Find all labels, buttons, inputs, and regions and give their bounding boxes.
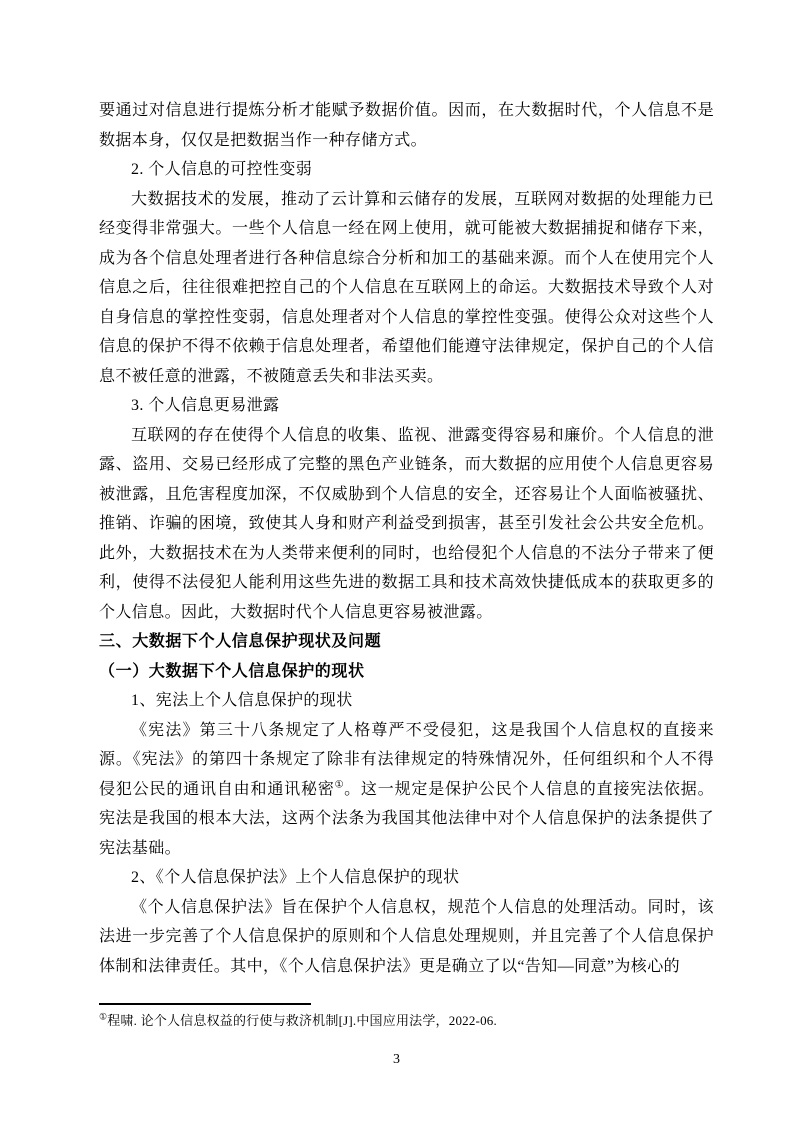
heading-section-three: 三、大数据下个人信息保护现状及问题 bbox=[99, 627, 714, 657]
paragraph-controllability: 大数据技术的发展，推动了云计算和云储存的发展，互联网对数据的处理能力已经变得非常… bbox=[99, 185, 714, 392]
heading-constitution-status: 1、宪法上个人信息保护的现状 bbox=[99, 686, 714, 716]
document-body: 要通过对信息进行提炼分析才能赋予数据价值。因而，在大数据时代，个人信息不是数据本… bbox=[99, 96, 714, 981]
heading-controllability-weakened: 2. 个人信息的可控性变弱 bbox=[99, 155, 714, 185]
footnote-reference-marker: ① bbox=[335, 779, 344, 790]
heading-subsection-one: （一）大数据下个人信息保护的现状 bbox=[99, 657, 714, 687]
paragraph-easier-leak: 互联网的存在使得个人信息的收集、监视、泄露变得容易和廉价。个人信息的泄露、盗用、… bbox=[99, 421, 714, 628]
footnote-area: ①程啸. 论个人信息权益的行使与救济机制[J].中国应用法学，2022-06. bbox=[99, 1003, 714, 1030]
document-page: 要通过对信息进行提炼分析才能赋予数据价值。因而，在大数据时代，个人信息不是数据本… bbox=[0, 0, 793, 1122]
paragraph-pipl: 《个人信息保护法》旨在保护个人信息权，规范个人信息的处理活动。同时，该法进一步完… bbox=[99, 893, 714, 982]
page-number: 3 bbox=[0, 1051, 793, 1069]
footnote-citation-text: 程啸. 论个人信息权益的行使与救济机制[J].中国应用法学，2022-06. bbox=[107, 1013, 497, 1028]
heading-easier-leak: 3. 个人信息更易泄露 bbox=[99, 391, 714, 421]
paragraph-continuation: 要通过对信息进行提炼分析才能赋予数据价值。因而，在大数据时代，个人信息不是数据本… bbox=[99, 96, 714, 155]
footnote: ①程啸. 论个人信息权益的行使与救济机制[J].中国应用法学，2022-06. bbox=[99, 1012, 714, 1030]
paragraph-constitution: 《宪法》第三十八条规定了人格尊严不受侵犯，这是我国个人信息权的直接来源。《宪法》… bbox=[99, 716, 714, 864]
heading-pipl-status: 2、《个人信息保护法》上个人信息保护的现状 bbox=[99, 863, 714, 893]
footnote-separator-rule bbox=[99, 1003, 311, 1005]
